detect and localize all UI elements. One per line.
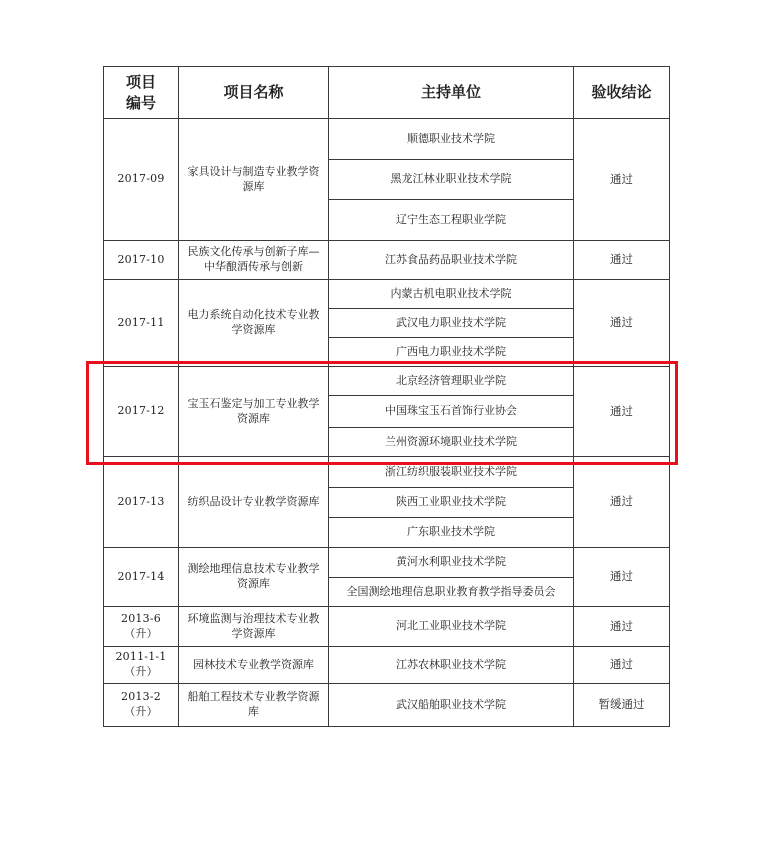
project-name: 测绘地理信息技术专业教学资源库 [179,548,329,607]
host-unit: 北京经济管理职业学院 [329,367,574,396]
table-header-row: 项目编号 项目名称 主持单位 验收结论 [104,67,670,119]
acceptance-result: 通过 [574,647,670,684]
header-host-unit: 主持单位 [329,67,574,119]
project-name: 纺织品设计专业教学资源库 [179,457,329,548]
project-acceptance-table: 项目编号 项目名称 主持单位 验收结论 2017-09 家具设计与制造专业教学资… [103,66,670,727]
host-unit: 内蒙古机电职业技术学院 [329,280,574,309]
host-unit: 江苏农林职业技术学院 [329,647,574,684]
table-row: 2017-11 电力系统自动化技术专业教学资源库 内蒙古机电职业技术学院 通过 [104,280,670,309]
table-row: 2017-10 民族文化传承与创新子库—中华酿酒传承与创新 江苏食品药品职业技术… [104,241,670,280]
host-unit: 陕西工业职业技术学院 [329,488,574,518]
project-id: 2011-1-1（升） [104,647,179,684]
project-name: 民族文化传承与创新子库—中华酿酒传承与创新 [179,241,329,280]
host-unit: 广东职业技术学院 [329,518,574,548]
project-id: 2017-10 [104,241,179,280]
acceptance-result: 通过 [574,119,670,241]
project-name: 宝玉石鉴定与加工专业教学资源库 [179,367,329,457]
project-id: 2013-2（升） [104,684,179,727]
project-name: 环境监测与治理技术专业教学资源库 [179,607,329,647]
project-name: 家具设计与制造专业教学资源库 [179,119,329,241]
host-unit: 武汉船舶职业技术学院 [329,684,574,727]
table-row-highlighted: 2017-12 宝玉石鉴定与加工专业教学资源库 北京经济管理职业学院 通过 [104,367,670,396]
project-name: 电力系统自动化技术专业教学资源库 [179,280,329,367]
host-unit: 辽宁生态工程职业学院 [329,200,574,241]
table-row: 2011-1-1（升） 园林技术专业教学资源库 江苏农林职业技术学院 通过 [104,647,670,684]
header-project-name: 项目名称 [179,67,329,119]
host-unit: 武汉电力职业技术学院 [329,309,574,338]
project-id: 2017-11 [104,280,179,367]
project-name: 园林技术专业教学资源库 [179,647,329,684]
acceptance-result: 通过 [574,607,670,647]
host-unit: 中国珠宝玉石首饰行业协会 [329,396,574,428]
project-id: 2017-12 [104,367,179,457]
table-row: 2013-2（升） 船舶工程技术专业教学资源库 武汉船舶职业技术学院 暂缓通过 [104,684,670,727]
host-unit: 广西电力职业技术学院 [329,338,574,367]
table-row: 2013-6（升） 环境监测与治理技术专业教学资源库 河北工业职业技术学院 通过 [104,607,670,647]
project-id: 2017-13 [104,457,179,548]
host-unit: 河北工业职业技术学院 [329,607,574,647]
host-unit: 浙江纺织服装职业技术学院 [329,457,574,488]
host-unit: 黑龙江林业职业技术学院 [329,160,574,200]
table-row: 2017-14 测绘地理信息技术专业教学资源库 黄河水利职业技术学院 通过 [104,548,670,578]
project-name: 船舶工程技术专业教学资源库 [179,684,329,727]
host-unit: 兰州资源环境职业技术学院 [329,428,574,457]
acceptance-result: 通过 [574,367,670,457]
header-acceptance-result: 验收结论 [574,67,670,119]
table-row: 2017-09 家具设计与制造专业教学资源库 顺德职业技术学院 通过 [104,119,670,160]
document-page: 项目编号 项目名称 主持单位 验收结论 2017-09 家具设计与制造专业教学资… [0,0,764,852]
acceptance-result: 通过 [574,280,670,367]
host-unit: 江苏食品药品职业技术学院 [329,241,574,280]
acceptance-result: 通过 [574,548,670,607]
table-row: 2017-13 纺织品设计专业教学资源库 浙江纺织服装职业技术学院 通过 [104,457,670,488]
header-project-id: 项目编号 [104,67,179,119]
project-id: 2013-6（升） [104,607,179,647]
host-unit: 顺德职业技术学院 [329,119,574,160]
host-unit: 黄河水利职业技术学院 [329,548,574,578]
acceptance-result: 通过 [574,241,670,280]
acceptance-result: 通过 [574,457,670,548]
project-id: 2017-09 [104,119,179,241]
project-id: 2017-14 [104,548,179,607]
acceptance-result: 暂缓通过 [574,684,670,727]
host-unit: 全国测绘地理信息职业教育教学指导委员会 [329,578,574,607]
